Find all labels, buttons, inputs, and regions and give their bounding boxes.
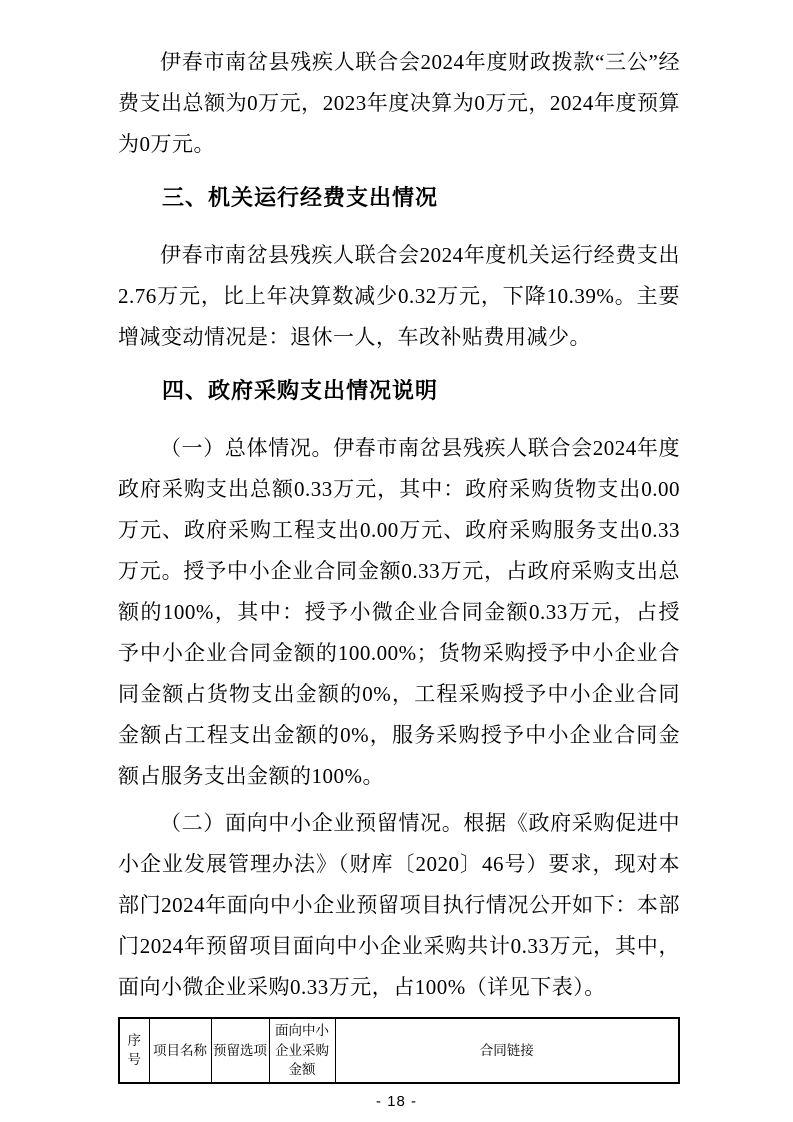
paragraph-agency-operating-expense: 伊春市南岔县残疾人联合会2024年度机关运行经费支出2.76万元，比上年决算数减… — [118, 235, 680, 358]
table-header-sme-purchase-amount: 面向中小企业采购金额 — [269, 1018, 335, 1083]
table-header-contract-link: 合同链接 — [335, 1018, 679, 1083]
page-number: - 18 - — [0, 1093, 793, 1110]
section-heading-agency-operating-expense: 三、机关运行经费支出情况 — [118, 183, 680, 213]
table-header-reserve-option: 预留选项 — [211, 1018, 269, 1083]
sme-reserve-table: 序号 项目名称 预留选项 面向中小企业采购金额 合同链接 — [118, 1017, 680, 1084]
page-content: 伊春市南岔县残疾人联合会2024年度财政拨款“三公”经费支出总额为0万元，202… — [118, 42, 680, 1084]
paragraph-procurement-overview: （一）总体情况。伊春市南岔县残疾人联合会2024年度政府采购支出总额0.33万元… — [118, 428, 680, 797]
paragraph-three-public-expense: 伊春市南岔县残疾人联合会2024年度财政拨款“三公”经费支出总额为0万元，202… — [118, 42, 680, 165]
paragraph-sme-reserve: （二）面向中小企业预留情况。根据《政府采购促进中小企业发展管理办法》（财库〔20… — [118, 803, 680, 1008]
document-page: 伊春市南岔县残疾人联合会2024年度财政拨款“三公”经费支出总额为0万元，202… — [0, 0, 793, 1122]
section-heading-government-procurement: 四、政府采购支出情况说明 — [118, 376, 680, 406]
table-header-seq-no: 序号 — [119, 1018, 149, 1083]
table-header-project-name: 项目名称 — [149, 1018, 211, 1083]
table-header-row: 序号 项目名称 预留选项 面向中小企业采购金额 合同链接 — [119, 1018, 679, 1083]
